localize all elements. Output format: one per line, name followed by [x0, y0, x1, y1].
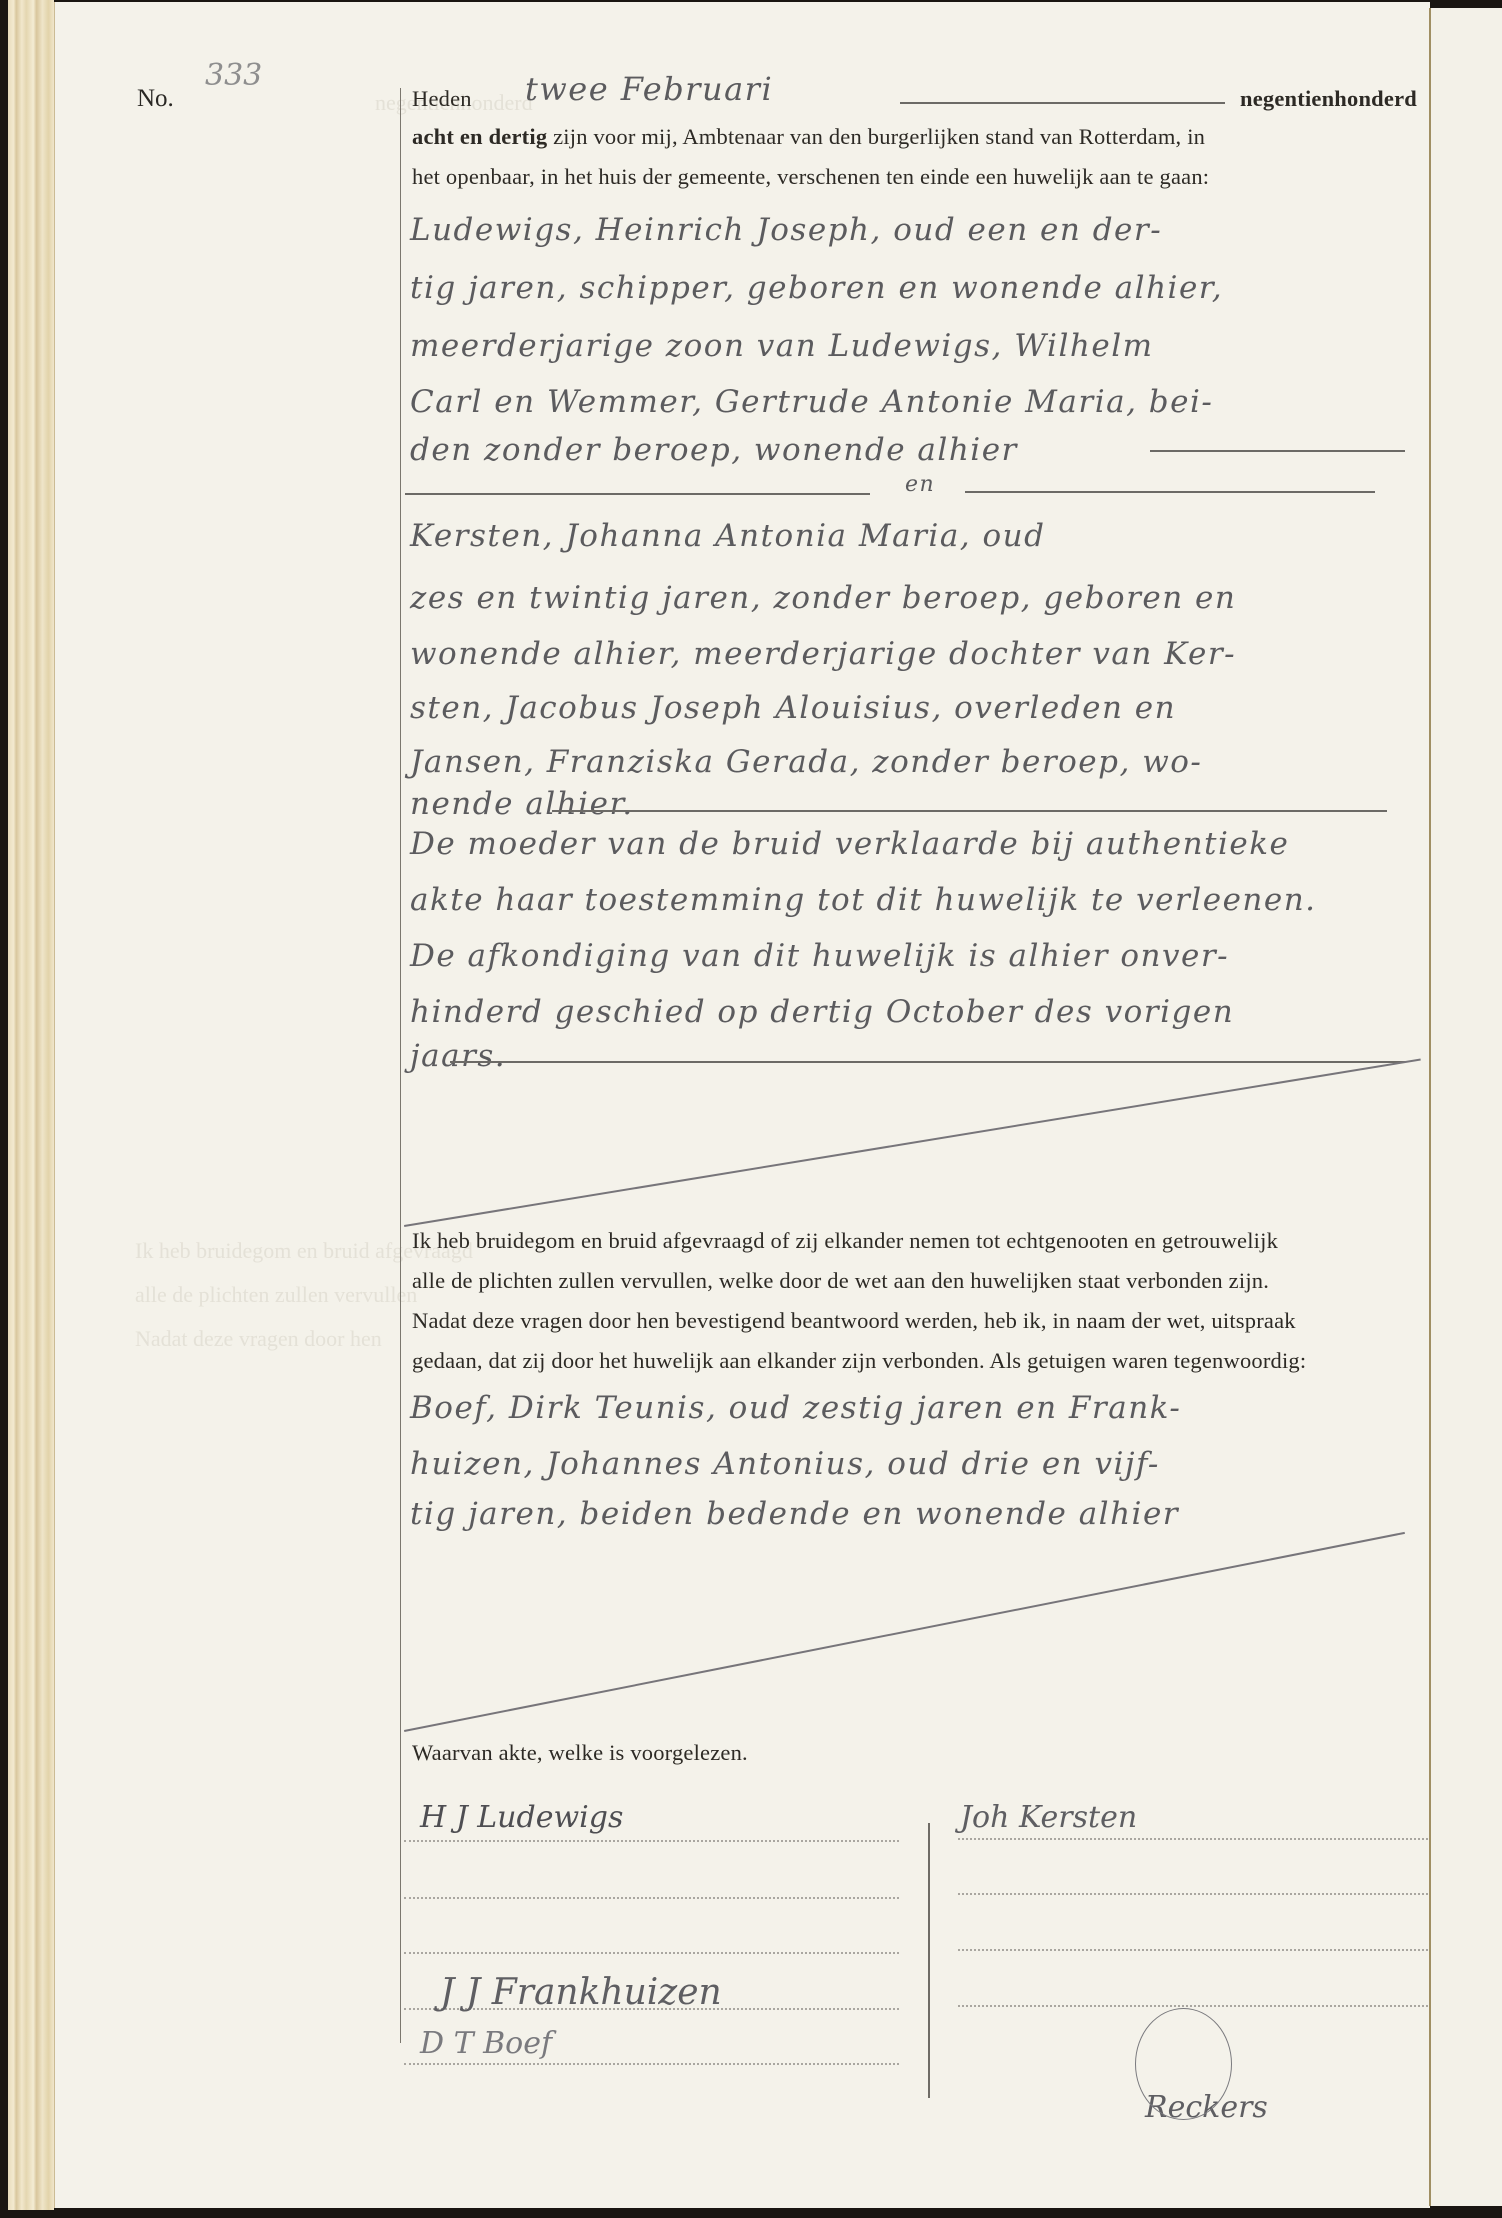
signature-line — [404, 1840, 899, 1842]
book-binding — [8, 0, 54, 2210]
preamble-line3: het openbaar, in het huis der gemeente, … — [412, 164, 1209, 190]
remark-line: hinderd geschied op dertig October des v… — [410, 994, 1234, 1030]
witness-line: huizen, Johannes Antonius, oud drie en v… — [410, 1446, 1160, 1482]
remark-line: De afkondiging van dit huwelijk is alhie… — [410, 938, 1229, 974]
groom-line: den zonder beroep, wonende alhier — [410, 432, 1018, 468]
margin-rule — [400, 88, 401, 2043]
declaration-line: Nadat deze vragen door hen bevestigend b… — [412, 1308, 1296, 1334]
bride-line: sten, Jacobus Joseph Alouisius, overlede… — [410, 690, 1176, 726]
signature-line — [404, 1952, 899, 1954]
year-part1: negentienhonderd — [1240, 86, 1417, 112]
closing-text: Waarvan akte, welke is voorgelezen. — [412, 1740, 748, 1766]
signature-line — [958, 2005, 1428, 2007]
groom-line: Carl en Wemmer, Gertrude Antonie Maria, … — [410, 384, 1213, 420]
bride-line: nende alhier. — [410, 786, 634, 822]
separator-word: en — [905, 472, 935, 497]
groom-line: meerderjarige zoon van Ludewigs, Wilhelm — [410, 328, 1154, 364]
groom-line: tig jaren, schipper, geboren en wonende … — [410, 270, 1223, 306]
bride-line: Jansen, Franziska Gerada, zonder beroep,… — [410, 744, 1202, 780]
fill-line — [552, 810, 1387, 812]
separator-line-right — [965, 491, 1375, 493]
groom-line: Ludewigs, Heinrich Joseph, oud een en de… — [410, 212, 1162, 248]
bride-line: wonende alhier, meerderjarige dochter va… — [410, 636, 1236, 672]
remark-line: akte haar toestemming tot dit huwelijk t… — [410, 882, 1317, 918]
bleed-through-text: alle de plichten zullen vervullen — [135, 1282, 417, 1308]
signature-bride: Joh Kersten — [960, 1800, 1137, 1835]
record-number-label: No. — [137, 85, 174, 113]
fill-line — [450, 1061, 1405, 1063]
signature-line — [958, 1893, 1428, 1895]
record-number-value: 333 — [205, 58, 262, 93]
bride-line: zes en twintig jaren, zonder beroep, geb… — [410, 580, 1236, 616]
declaration-line: Ik heb bruidegom en bruid afgevraagd of … — [412, 1228, 1278, 1254]
signature-line — [404, 1897, 899, 1899]
bride-line: Kersten, Johanna Antonia Maria, oud — [410, 518, 1046, 554]
signature-witness1: J J Frankhuizen — [440, 1972, 722, 2013]
registrar-flourish — [1135, 2008, 1232, 2120]
facing-page-edge — [1429, 8, 1502, 2206]
separator-line-left — [405, 493, 870, 495]
preamble-line2: zijn voor mij, Ambtenaar van den burgerl… — [553, 124, 1205, 149]
witness-line: Boef, Dirk Teunis, oud zestig jaren en F… — [410, 1390, 1181, 1426]
date-handwritten: twee Februari — [525, 70, 773, 108]
year-part2: acht en dertig — [412, 124, 547, 149]
signature-line — [404, 2063, 899, 2065]
signature-line — [958, 1838, 1428, 1840]
declaration-line: alle de plichten zullen vervullen, welke… — [412, 1268, 1269, 1294]
remark-line: De moeder van de bruid verklaarde bij au… — [410, 826, 1289, 862]
signature-line — [958, 1949, 1428, 1951]
fill-line — [900, 102, 1225, 104]
witness-line: tig jaren, beiden bedende en wonende alh… — [410, 1496, 1179, 1532]
bleed-through-text: Nadat deze vragen door hen — [135, 1326, 382, 1352]
fill-line — [1150, 450, 1405, 452]
heden-label: Heden — [412, 86, 472, 112]
signature-groom: H J Ludewigs — [420, 1800, 623, 1835]
remark-line: jaars. — [410, 1038, 506, 1074]
signature-divider — [928, 1823, 930, 2098]
declaration-line: gedaan, dat zij door het huwelijk aan el… — [412, 1348, 1306, 1374]
signature-witness2: D T Boef — [420, 2026, 552, 2061]
